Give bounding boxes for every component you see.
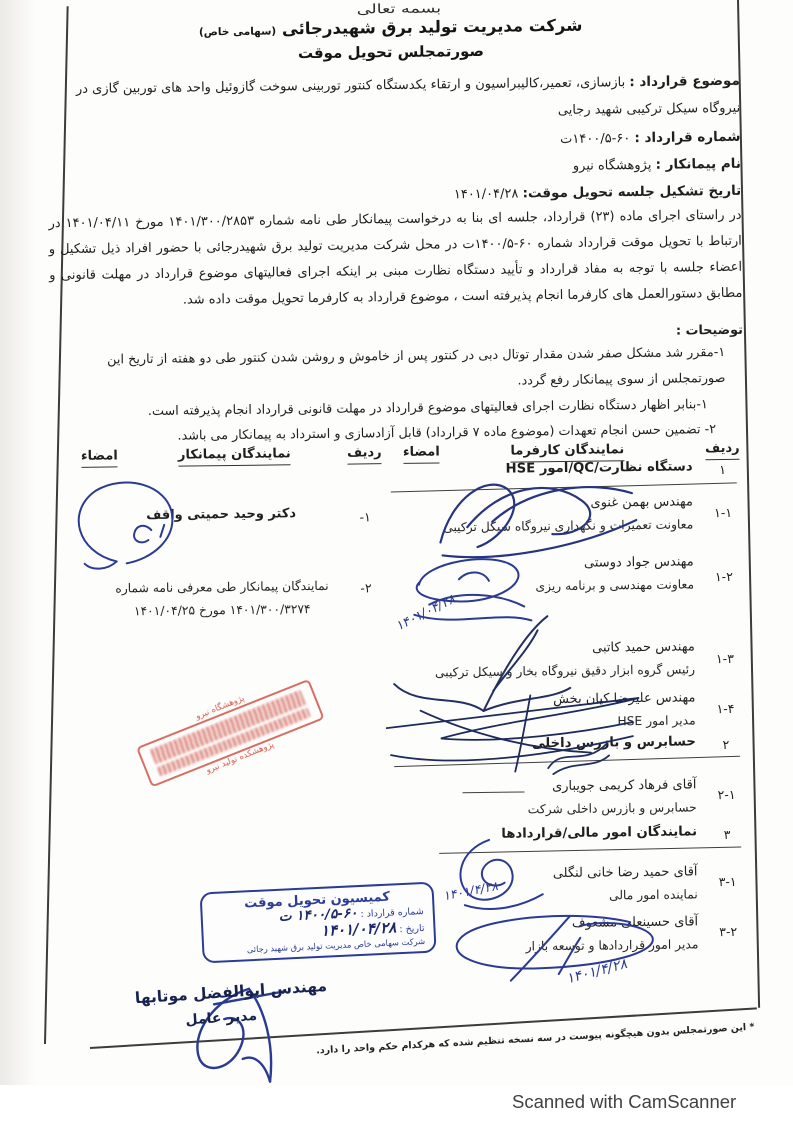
- field-contract-no-label: شماره قرارداد :: [634, 129, 740, 146]
- commission-date-label: تاریخ :: [399, 923, 425, 935]
- field-contractor: نام پیمانکار : پژوهشگاه نیرو: [573, 151, 741, 180]
- rep-role: مدیر امور HSE: [376, 713, 696, 731]
- header-employer-reps: نمایندگان کارفرما: [482, 442, 652, 459]
- field-subject: موضوع قرارداد : بازسازی، تعمیر،کالیبراسی…: [75, 68, 741, 130]
- field-subject-label: موضوع قرارداد :: [629, 73, 740, 90]
- field-contract-no: شماره قرارداد : ۶۰-۱۴۰۰/۵ت: [560, 124, 741, 153]
- section-finance: نمایندگان امور مالی/قراردادها: [367, 824, 697, 843]
- rep-role: حسابرس و بازرس داخلی شرکت: [377, 800, 697, 818]
- field-contractor-value: پژوهشگاه نیرو: [573, 158, 652, 174]
- field-meeting-date-label: تاریخ تشکیل جلسه تحویل موقت:: [522, 183, 741, 202]
- signature-contractor-rep: [56, 474, 195, 574]
- document: بسمه تعالی شرکت مدیریت تولید برق شهیدرجا…: [0, 0, 793, 1123]
- footnote: * این صورتمجلس بدون هیچگونه پیوست در سه …: [315, 1022, 755, 1057]
- managing-director-name: مهندس ابوالفضل موتابها: [106, 975, 357, 1009]
- scanned-page: بسمه تعالی شرکت مدیریت تولید برق شهیدرجا…: [0, 0, 793, 1123]
- row-no: ۲-: [341, 580, 391, 596]
- contractor-note-line1: نمایندگان پیمانکار طی معرفی نامه شماره: [115, 579, 328, 596]
- row-no: ۳-۱: [702, 874, 754, 890]
- row-no: ۱-۲: [698, 569, 750, 585]
- row-no: ۱: [696, 462, 748, 478]
- main-paragraph: در راستای اجرای ماده (۲۳) قرارداد، جلسه …: [48, 203, 742, 315]
- section-supervision: دستگاه نظارت/QC/امور HSE: [362, 459, 692, 478]
- header-sign-contractor: امضاء: [70, 448, 128, 464]
- rep-role: معاونت مهندسی و برنامه ریزی: [374, 577, 694, 595]
- section-rule: [394, 756, 740, 768]
- commission-stamp-box: کمیسیون تحویل موقت شماره قرارداد : ۶۰-۱۴…: [200, 882, 437, 964]
- rep-name: مهندس بهمن غنوی: [393, 494, 693, 513]
- header-radif-contractor: ردیف: [339, 445, 389, 461]
- row-no: ۱-: [340, 509, 390, 525]
- red-institute-stamp: پژوهشگاه نیرو پژوهشکده تولید نیرو: [132, 669, 336, 816]
- field-contractor-label: نام پیمانکار :: [655, 156, 740, 173]
- row-no: ۳: [701, 827, 753, 843]
- row-no: ۱-۳: [699, 651, 751, 667]
- company-type: (سهامی خاص): [199, 25, 276, 38]
- signature-rep-1-1: [432, 465, 645, 570]
- rep-name: مهندس حمید کاتبی: [395, 639, 695, 658]
- field-contract-no-value: ۶۰-۱۴۰۰/۵ت: [560, 131, 630, 147]
- camscanner-bar: Scanned with CamScanner: [0, 1085, 793, 1123]
- rep-role: معاونت تعمیرات و نگهداری نیروگاه سیکل تر…: [373, 517, 693, 535]
- header-sign-employer: امضاء: [390, 444, 452, 460]
- rep-name: مهندس علیرضا کیان بخش: [395, 690, 695, 709]
- row-no: ۲-۱: [700, 787, 752, 803]
- company-name-text: شرکت مدیریت تولید برق شهیدرجائی: [282, 16, 583, 39]
- note-1: ۱-مقرر شد مشکل صفر شدن مقدار توتال دبی د…: [54, 340, 726, 400]
- rep-role: رئیس گروه ابزار دقیق نیروگاه بخار و سیکل…: [365, 662, 695, 680]
- contractor-note-line2: ۱۴۰۱/۳۰۰/۳۲۷۴ مورخ ۱۴۰۱/۰۴/۲۵: [134, 602, 311, 618]
- field-meeting-date-value: ۱۴۰۱/۰۴/۲۸: [454, 186, 519, 202]
- commission-date-value: ۱۴۰۱/۰۴/۲۸: [320, 918, 396, 940]
- row-no: ۲: [700, 737, 752, 753]
- rep-name: مهندس جواد دوستی: [394, 554, 694, 573]
- rep-name: آقای فرهاد کریمی جویباری: [396, 777, 696, 796]
- handwritten-date-3: ۱۴۰۱/۴/۲۸: [565, 956, 629, 987]
- header-contractor-reps: نمایندگان پیمانکار: [154, 446, 314, 463]
- document-title: صورتمجلس تحویل موقت: [0, 38, 788, 66]
- row-no: ۱-۱: [697, 505, 749, 521]
- section-auditor: حسابرس و بازرس داخلی: [366, 734, 696, 753]
- bismillah-calligraphy: بسمه تعالی: [284, 1, 514, 19]
- section-rule: [391, 482, 737, 492]
- contractor-rep-note: نمایندگان پیمانکار طی معرفی نامه شماره ۱…: [96, 575, 349, 624]
- row-no: ۳-۲: [702, 924, 754, 940]
- contractor-rep-name: دکتر وحید حمیتی واقف: [101, 506, 341, 524]
- row-no: ۱-۴: [699, 701, 751, 717]
- section-rule: [439, 846, 741, 854]
- header-radif-employer: ردیف: [696, 441, 748, 457]
- rep-name: آقای حسینعلی مشعوف: [398, 914, 698, 933]
- company-name: شرکت مدیریت تولید برق شهیدرجائی (سهامی خ…: [0, 13, 787, 42]
- managing-director-title: مدیر عامل: [156, 1006, 287, 1030]
- rep-name: آقای حمید رضا خانی لنگلی: [397, 864, 697, 883]
- camscanner-watermark: Scanned with CamScanner: [512, 1091, 736, 1113]
- handwritten-date-1: ۱۴۰۱/۰۴/۲۸: [393, 592, 457, 634]
